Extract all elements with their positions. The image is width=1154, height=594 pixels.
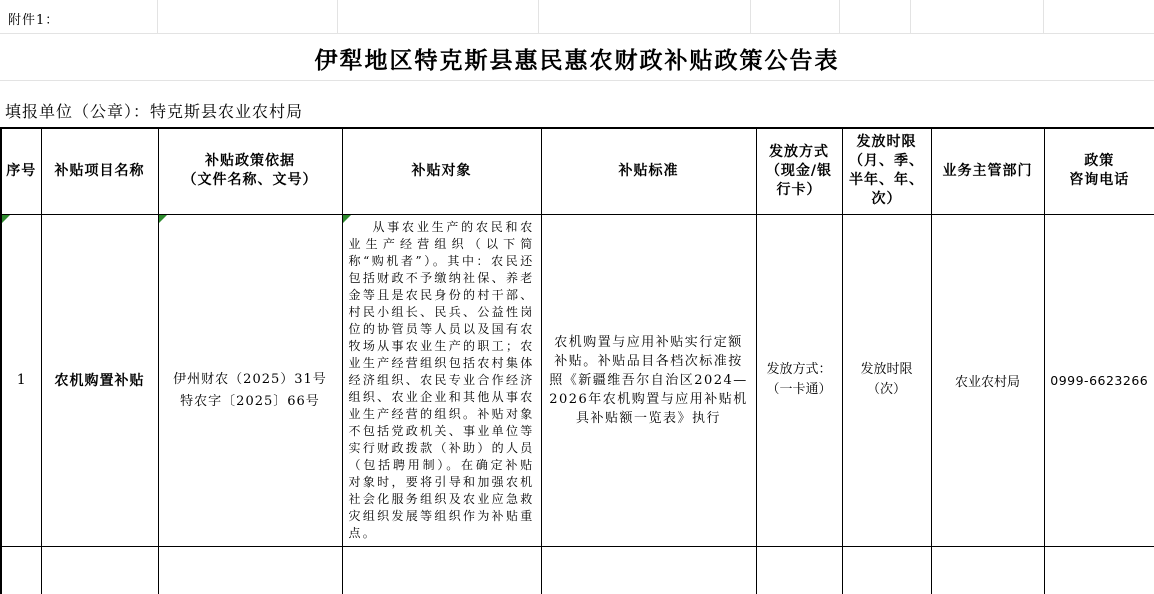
reporting-unit-label: 填报单位（公章）：特克斯县农业农村局 xyxy=(5,99,303,122)
page-title: 伊犁地区特克斯县惠民惠农财政补贴政策公告表 xyxy=(0,42,1154,75)
empty-cell xyxy=(1,546,41,594)
cell-policy-basis: 伊州财农（2025）31号 特农字〔2025〕66号 xyxy=(158,214,342,546)
col-header-project-name: 补贴项目名称 xyxy=(41,128,158,214)
col-header-method: 发放方式 （现金/银 行卡） xyxy=(756,128,842,214)
sheet-gridline xyxy=(750,0,751,33)
cell-method: 发放方式： （一卡通） xyxy=(756,214,842,546)
cell-phone: 0999-6623266 xyxy=(1044,214,1154,546)
cell-department: 农业农村局 xyxy=(931,214,1044,546)
cell-error-indicator-icon xyxy=(159,215,167,223)
attachment-label: 附件1： xyxy=(8,9,59,28)
sheet-gridline xyxy=(157,0,158,33)
sheet-gridline xyxy=(337,0,338,33)
sheet-gridline xyxy=(0,33,1154,34)
standard-value: 农机购置与应用补贴实行定额补贴。补贴品目各档次标准按照《新疆维吾尔自治区2024… xyxy=(548,333,750,428)
cell-seq: 1 xyxy=(1,214,41,546)
sheet-gridline xyxy=(1043,0,1044,33)
header-row: 序号 补贴项目名称 补贴政策依据 （文件名称、文号） 补贴对象 补贴标准 发放方… xyxy=(1,128,1154,214)
sheet-gridline xyxy=(910,0,911,33)
empty-cell xyxy=(342,546,541,594)
cell-project-name: 农机购置补贴 xyxy=(41,214,158,546)
sheet-gridline xyxy=(0,80,1154,81)
empty-cell xyxy=(158,546,342,594)
sheet-gridline xyxy=(538,0,539,33)
cell-time-limit: 发放时限 （次） xyxy=(842,214,931,546)
col-header-standard: 补贴标准 xyxy=(541,128,756,214)
empty-cell xyxy=(1044,546,1154,594)
empty-cell xyxy=(756,546,842,594)
col-header-seq: 序号 xyxy=(1,128,41,214)
empty-cell xyxy=(41,546,158,594)
seq-value: 1 xyxy=(17,372,26,388)
empty-cell xyxy=(541,546,756,594)
col-header-target: 补贴对象 xyxy=(342,128,541,214)
cell-error-indicator-icon xyxy=(343,215,351,223)
col-header-time-limit: 发放时限 （月、季、 半年、年、 次） xyxy=(842,128,931,214)
table-row: 1 农机购置补贴 伊州财农（2025）31号 特农字〔2025〕66号 从事农业… xyxy=(1,214,1154,546)
cell-target: 从事农业生产的农民和农业生产经营组织（以下简称“购机者”）。其中：农民还包括财政… xyxy=(342,214,541,546)
empty-cell xyxy=(931,546,1044,594)
empty-row xyxy=(1,546,1154,594)
sheet-top-strip: 附件1： 伊犁地区特克斯县惠民惠农财政补贴政策公告表 填报单位（公章）：特克斯县… xyxy=(0,0,1154,127)
col-header-phone: 政策 咨询电话 xyxy=(1044,128,1154,214)
sheet-gridline xyxy=(839,0,840,33)
target-value: 从事农业生产的农民和农业生产经营组织（以下简称“购机者”）。其中：农民还包括财政… xyxy=(349,219,535,542)
empty-cell xyxy=(842,546,931,594)
subsidy-policy-table: 序号 补贴项目名称 补贴政策依据 （文件名称、文号） 补贴对象 补贴标准 发放方… xyxy=(0,127,1154,594)
cell-error-indicator-icon xyxy=(2,215,10,223)
col-header-department: 业务主管部门 xyxy=(931,128,1044,214)
cell-standard: 农机购置与应用补贴实行定额补贴。补贴品目各档次标准按照《新疆维吾尔自治区2024… xyxy=(541,214,756,546)
policy-basis-value: 伊州财农（2025）31号 特农字〔2025〕66号 xyxy=(173,372,327,409)
col-header-policy-basis: 补贴政策依据 （文件名称、文号） xyxy=(158,128,342,214)
